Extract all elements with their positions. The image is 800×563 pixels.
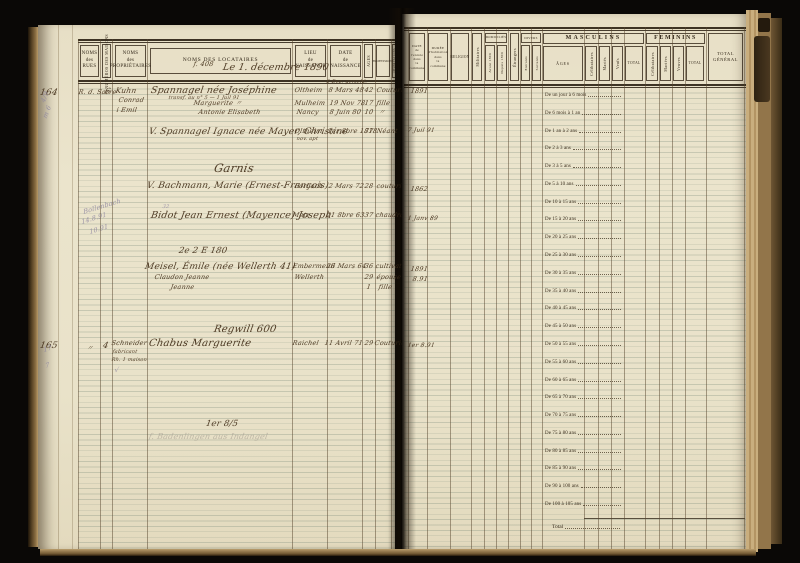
left-page-ruling (78, 84, 395, 549)
r-fem-celibataires-label: Célibataires (650, 52, 655, 76)
r-header-bottom-rule (404, 84, 746, 86)
r-feminins-header: FEMININS (646, 33, 705, 44)
r-fem-mariees: Mariées (660, 46, 671, 81)
column-line (531, 27, 532, 549)
entry-165-birthdate: 11 Avril 71 (324, 340, 363, 347)
entry-165-birthplace: Raichel (292, 340, 319, 347)
entry-bachmann-birthdate: 2 Mars 72 (328, 183, 364, 190)
column-line (584, 27, 585, 549)
age-row-label: De 3 à 5 ans (545, 164, 571, 169)
column-line (611, 27, 612, 549)
entry-claudon-birthplace: Wellerth (294, 274, 325, 281)
entry-164-tenant1-birthplace: Oltheim (294, 87, 323, 94)
age-row-label: De 2 à 3 ans (545, 146, 571, 151)
entry-164-tenant2-age: 17 (364, 100, 374, 107)
r-group-b-sub1-label: Entrants (524, 56, 528, 71)
column-line (147, 39, 148, 549)
entry-164-tenant3-birthdate: 8 Juin 80 (329, 109, 362, 116)
entry-164-tenant1-birthdate: 8 Mars 48 (328, 87, 364, 94)
r-masc-celibataires-label: Célibataires (589, 52, 594, 76)
age-row-label: De 65 à 70 ans (545, 395, 576, 400)
entry-meisel-age: 36 (364, 263, 374, 270)
r-group-a-sub1-label: Avant 1890 (488, 53, 492, 73)
r-group-b-sub2-label: Sortants (535, 56, 539, 70)
entry-164-tenant2-profession: fille (376, 100, 391, 107)
col-header-proprietaires: NOMS des PROPRIÉTAIRES (115, 45, 146, 77)
faint-pencil-line: f. Badenlingen aus Indangel (148, 433, 268, 441)
margin-pencil-note-line3: 10.91 (89, 223, 109, 235)
age-row-label: De 60 à 65 ans (545, 378, 576, 383)
entry-spannagel-widow-birthplace-sub: nov. apt (296, 137, 318, 142)
entry-date-0: 1891 (410, 88, 428, 95)
entry-164-tenant3-birthplace: Nancy (296, 109, 319, 116)
entry-bachmann-age: 28 (364, 183, 374, 190)
header-top-rule2 (78, 42, 395, 43)
column-line (685, 27, 686, 549)
edge-scribble-3: 17 (43, 344, 52, 353)
totals-separator (584, 518, 745, 519)
column-line (427, 27, 428, 549)
r-masculins-header: MASCULINS (543, 33, 644, 44)
r-fem-mariees-label: Mariées (663, 56, 668, 72)
r-header-bottom-rule2 (404, 87, 746, 88)
column-line (391, 39, 392, 549)
r-group-a-sub2-label: Depuis 1890 (500, 52, 504, 74)
entry-165-street-ditto: 〃 (86, 345, 94, 352)
age-row-label: De 70 à 75 ans (545, 413, 576, 418)
column-line (484, 27, 485, 549)
right-bookmark-tab-top (758, 18, 770, 32)
right-bookmark-tab (754, 36, 770, 102)
entry-164-tenant2-birthplace: Mulheim (294, 100, 326, 107)
age-row-label: De 35 à 40 ans (545, 289, 576, 294)
r-col-header-date-entree: DATE de l'entrée dans la commune (409, 33, 425, 81)
entry-164-tenant3-name: Antonie Elisabeth (198, 109, 261, 116)
column-line (598, 27, 599, 549)
col-header-observations: OBSERVATIONS (392, 44, 395, 78)
r-fem-veuves: Veuves (673, 46, 684, 81)
entry-164-owner-line2: Conrad (118, 97, 145, 104)
entry-bidot-birthdate: 21 8bre 63 (326, 212, 365, 219)
entry-spannagel-widow-profession: Néant (376, 128, 398, 135)
r-masc-veufs: Veufs (612, 46, 623, 81)
r-col-header-duree: DURÉE d'habitation dans la commune (428, 33, 448, 81)
age-row-label: De 80 à 85 ans (545, 449, 576, 454)
entry-claudon-age: 29 (364, 274, 374, 281)
age-row-label: De 6 mois à 1 an (545, 111, 580, 116)
age-row-label: De 30 à 35 ans (545, 271, 576, 276)
section-garnis: Garnis (213, 163, 255, 175)
age-row-label: De 20 à 25 ans (545, 235, 576, 240)
right-page: DATE de l'entrée dans la commune DURÉE d… (402, 14, 746, 549)
r-fem-celibataires: Célibataires (646, 46, 658, 81)
entry-spannagel-widow-age: 77 (364, 128, 374, 135)
column-line (496, 27, 497, 549)
page-edge-line (58, 25, 59, 549)
entry-date-4b: 8.91 (412, 276, 428, 283)
column-line (672, 27, 673, 549)
left-page: NOMS des RUES NUMÉROS DES MAISONS NOMS d… (38, 25, 395, 549)
r-fem-total: TOTAL (686, 46, 704, 81)
entry-164-house-number: 6 (104, 88, 111, 97)
column-line (292, 39, 293, 549)
entry-meisel-name: Meisel, Émile (née Wellerth 41) (144, 263, 296, 272)
entry-bachmann-birthplace: Forbach (294, 183, 324, 190)
column-line (327, 39, 328, 549)
column-line (375, 39, 376, 549)
entry-bidot-birthplace: Metz (292, 212, 310, 219)
age-row-label: De 55 à 60 ans (545, 360, 576, 365)
entry-date-2: 1862 (410, 186, 428, 193)
column-line (408, 27, 409, 549)
entry-164-tenant1-age: 42 (364, 87, 374, 94)
r-col-header-militaires-label: Militaires (475, 47, 480, 67)
entry-date-1: 7 Juil 91 (407, 128, 435, 134)
entry-165-tenant-name: Chabus Marguerite (148, 339, 252, 349)
entry-164-owner-line1: Kuhn (115, 87, 137, 95)
edge-scribble-1: 4/9 (40, 90, 50, 103)
entry-claudon-name: Claudon Jeanne (154, 274, 210, 281)
section-2e: 2e 2 E 180 (178, 247, 228, 256)
r-masc-total: TOTAL (625, 46, 643, 81)
age-row-label: De 10 à 15 ans (545, 200, 576, 205)
census-date-note: Le 1. décembre 1890 (222, 63, 330, 73)
entry-164-tenant3-profession: 〃 (378, 109, 386, 116)
age-row-label: De 85 à 90 ans (545, 466, 576, 471)
age-row-label: De 1 an à 2 ans (545, 129, 577, 134)
entry-claudon-profession: épouse (376, 274, 402, 281)
entry-165-owner-line1: Schneider (111, 340, 147, 347)
col-header-professions: PROFESSIONS (376, 45, 390, 77)
entry-spannagel-widow-birthplace: Oltheim (294, 128, 323, 135)
section-regwill: Regwill 600 (213, 325, 277, 335)
entry-jeanne-name: Jeanne (170, 284, 195, 291)
column-line (362, 39, 363, 549)
section-8-5: 1er 8/5 (205, 420, 239, 429)
folio-note: f. 408 (193, 61, 214, 68)
age-row-label: De un jour à 6 mois (545, 93, 586, 98)
entry-164-owner-line3: i Emil (116, 107, 138, 114)
column-line (508, 27, 509, 549)
r-fem-veuves-label: Veuves (676, 57, 681, 71)
age-row-label: De 5 à 10 ans (545, 182, 574, 187)
col-header-maisons-label: NUMÉROS DES MAISONS (104, 34, 109, 89)
entry-164-tenant3-age: 10 (364, 109, 374, 116)
age-row-label: De 75 à 80 ans (545, 431, 576, 436)
r-col-header-religion: RELIGION (451, 33, 469, 81)
r-group-b-sub2: Sortants (532, 45, 541, 81)
entry-meisel-birthdate: 26 Mars 64 (326, 263, 367, 270)
age-row-label: De 90 à 100 ans (545, 484, 579, 489)
column-line (450, 27, 451, 549)
entry-165-age: 29 (364, 340, 374, 347)
column-line (112, 39, 113, 549)
col-header-rues: NOMS des RUES (80, 45, 99, 77)
total-row-label: Total (552, 524, 563, 530)
r-ages-header: ÂGES (543, 46, 583, 81)
age-row-label: De 45 à 50 ans (545, 324, 576, 329)
r-header-top-rule (404, 27, 746, 29)
entry-165-house-number: 4 (102, 342, 109, 351)
column-line (471, 27, 472, 549)
column-line (624, 27, 625, 549)
entry-bidot-age: 37 (364, 212, 374, 219)
age-row-label: De 100 à 105 ans (545, 502, 581, 507)
bottom-book-edge (40, 549, 756, 556)
r-group-a-sub1: Avant 1890 (485, 45, 495, 81)
entry-165-owner-line3: Rh. 1 maison (111, 358, 147, 363)
col-header-observations-label: OBSERVATIONS (393, 48, 396, 73)
r-total-general-header: TOTAL GÉNÉRAL (708, 33, 743, 81)
r-group-a-sub2: Depuis 1890 (497, 45, 507, 81)
age-row-label: De 50 à 55 ans (545, 342, 576, 347)
column-line (645, 27, 646, 549)
column-line (706, 27, 707, 549)
column-line (78, 39, 79, 549)
col-header-date-naissance: DATE de NAISSANCE (330, 45, 361, 77)
r-col-header-etrangers: Étrangers (510, 33, 519, 81)
r-header-top-rule2 (404, 30, 746, 31)
right-book-edge-3 (771, 18, 782, 544)
entry-165-owner-line2: fabricant (112, 350, 138, 355)
scanned-register-photo: NOMS des RUES NUMÉROS DES MAISONS NOMS d… (0, 0, 800, 563)
entry-164-tenant2-birthdate: 19 Nov 78 (329, 100, 366, 107)
r-masc-maries-label: Mariés (602, 57, 607, 71)
left-book-edge (28, 27, 38, 547)
age-row-label: De 15 à 20 ans (545, 217, 576, 222)
col-header-age-label: AGES (366, 55, 371, 67)
entry-164-tenant2-name: Marguerite 〃 (193, 100, 243, 107)
r-group-b-sub1: Entrants (521, 45, 530, 81)
r-col-header-militaires: Militaires (472, 33, 482, 81)
entry-165-checkmark: √ (114, 367, 119, 374)
r-masc-celibataires: Célibataires (585, 46, 597, 81)
entry-date-3: 1 Janv 89 (407, 216, 438, 222)
r-masc-maries: Mariés (599, 46, 610, 81)
edge-scribble-2: m 6 (42, 104, 52, 119)
column-line (100, 39, 101, 549)
entry-date-4a: 1891 (410, 266, 428, 273)
entry-jeanne-age: 1 (366, 284, 371, 291)
r-col-header-etrangers-label: Étrangers (512, 48, 517, 67)
entry-date-5: 1er 8.91 (407, 343, 435, 349)
age-row-label: De 25 à 30 ans (545, 253, 576, 258)
edge-scribble-4: 7 (45, 362, 50, 370)
column-line (744, 27, 745, 549)
header-top-rule (78, 39, 395, 41)
page-edge-line (72, 25, 73, 549)
column-line (659, 27, 660, 549)
r-masc-veufs-label: Veufs (615, 58, 620, 69)
column-line (542, 27, 543, 549)
age-row-label: De 40 à 45 ans (545, 306, 576, 311)
column-line (520, 27, 521, 549)
